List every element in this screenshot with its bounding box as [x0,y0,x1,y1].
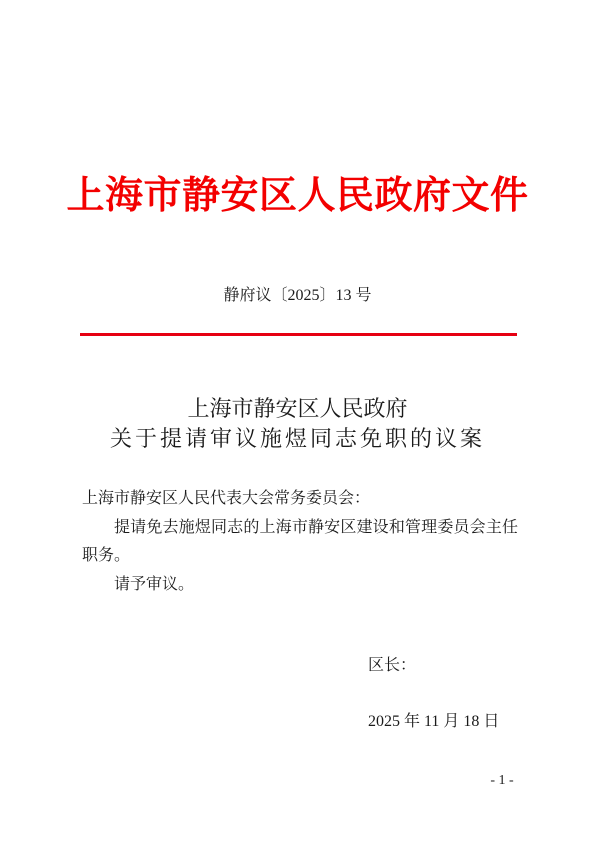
page-number: - 1 - [452,771,552,791]
signature-date: 2025 年 11 月 18 日 [368,711,499,733]
red-header-title: 上海市静安区人民政府文件 [0,172,595,220]
document-page: 上海市静安区人民政府文件 静府议〔2025〕13 号 上海市静安区人民政府 关于… [0,0,595,842]
document-body: 上海市静安区人民代表大会常务委员会： 提请免去施煜同志的上海市静安区建设和管理委… [82,485,518,599]
document-title-line1: 上海市静安区人民政府 [0,394,595,424]
salutation: 上海市静安区人民代表大会常务委员会： [82,485,518,514]
body-paragraph-1: 提请免去施煜同志的上海市静安区建设和管理委员会主任职务。 [82,514,518,571]
document-title: 上海市静安区人民政府 关于提请审议施煜同志免职的议案 [0,394,595,454]
document-number: 静府议〔2025〕13 号 [0,285,595,307]
signer-label: 区长： [368,655,416,677]
document-title-line2: 关于提请审议施煜同志免职的议案 [0,424,595,454]
red-separator-line [80,333,517,336]
body-paragraph-2: 请予审议。 [82,571,518,600]
